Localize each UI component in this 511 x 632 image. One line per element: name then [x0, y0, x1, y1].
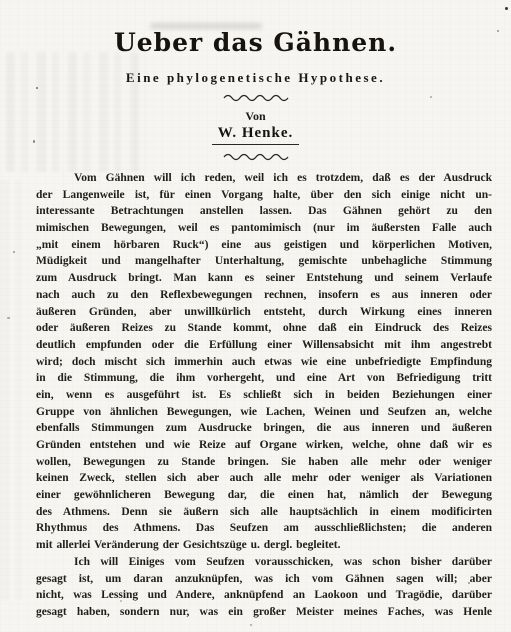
- text-line: Müdigkeit und mangelhafter Unterhaltung,…: [36, 253, 492, 270]
- author-name: W. Henke.: [212, 125, 300, 145]
- text-line: deutlich empfunden oder die Erfüllung ei…: [36, 337, 492, 354]
- text-line: „mit einem hörbaren Ruck“) eine aus geis…: [36, 237, 492, 254]
- scanned-page: Ueber das Gähnen. Eine phylogenetische H…: [0, 0, 511, 632]
- text-line: wollen, Bewegungen zu Stande bringen. Si…: [36, 454, 492, 471]
- text-line: Gründen entstehen und wie Reize auf Orga…: [36, 437, 492, 454]
- wavy-rule-icon: [223, 93, 289, 102]
- page-bleedthrough-artifact: [0, 180, 26, 600]
- text-line: in die Stimmung, die ihm vorhergeht, und…: [36, 370, 492, 387]
- text-line: äußeren Gründen, aber unwillkürlich ents…: [36, 304, 492, 321]
- text-line: wird; doch mischt sich immerhin auch etw…: [36, 354, 492, 371]
- text-line: der Langenweile ist, für einen Vorgang h…: [36, 187, 492, 204]
- text-line: einer gewöhnlicheren Bewegung dar, die e…: [36, 487, 492, 504]
- body-text: Vom Gähnen will ich reden, weil ich es t…: [36, 170, 492, 621]
- text-line: oder äußeren Reizes zu Stande kommt, ohn…: [36, 320, 492, 337]
- text-line: ebenfalls Stimmungen zum Ausdrucke bring…: [36, 420, 492, 437]
- text-line: nicht, was Lessing und Andere, anknüpfen…: [36, 587, 492, 604]
- text-line: nach auch zu den Reflexbewegungen rechne…: [36, 287, 492, 304]
- text-line: Vom Gähnen will ich reden, weil ich es t…: [36, 170, 492, 187]
- text-line: Rhythmus des Athmens. Das Seufzen am aus…: [36, 520, 492, 537]
- text-line: mit allerlei Veränderung der Gesichtszüg…: [36, 537, 492, 554]
- text-line: interessante Betrachtungen anstellen las…: [36, 203, 492, 220]
- article-title: Ueber das Gähnen.: [0, 28, 511, 57]
- text-line: ein, wenn es ausgeführt ist. Es schließt…: [36, 387, 492, 404]
- byline-label: Von: [0, 109, 511, 124]
- text-line: gesagt ist, um daran anzuknüpfen, was ic…: [36, 571, 492, 588]
- text-line: Ich will Einiges vom Seufzen vorausschic…: [36, 554, 492, 571]
- text-line: Gruppe von ähnlichen Bewegungen, wie Lac…: [36, 404, 492, 421]
- text-line: des Athmens. Denn sie äußern sich alle h…: [36, 504, 492, 521]
- text-line: keinen Zweck, stellen sich aber auch all…: [36, 470, 492, 487]
- text-line: gesagt haben, sondern nur, was ein große…: [36, 604, 492, 621]
- author-block: W. Henke.: [0, 124, 511, 145]
- wavy-rule-icon: [223, 152, 289, 161]
- text-line: zum Ausdruck bringt. Man kann es seiner …: [36, 270, 492, 287]
- text-line: mimischen Bewegungen, weil es pantomimis…: [36, 220, 492, 237]
- article-subtitle: Eine phylogenetische Hypothese.: [0, 70, 511, 86]
